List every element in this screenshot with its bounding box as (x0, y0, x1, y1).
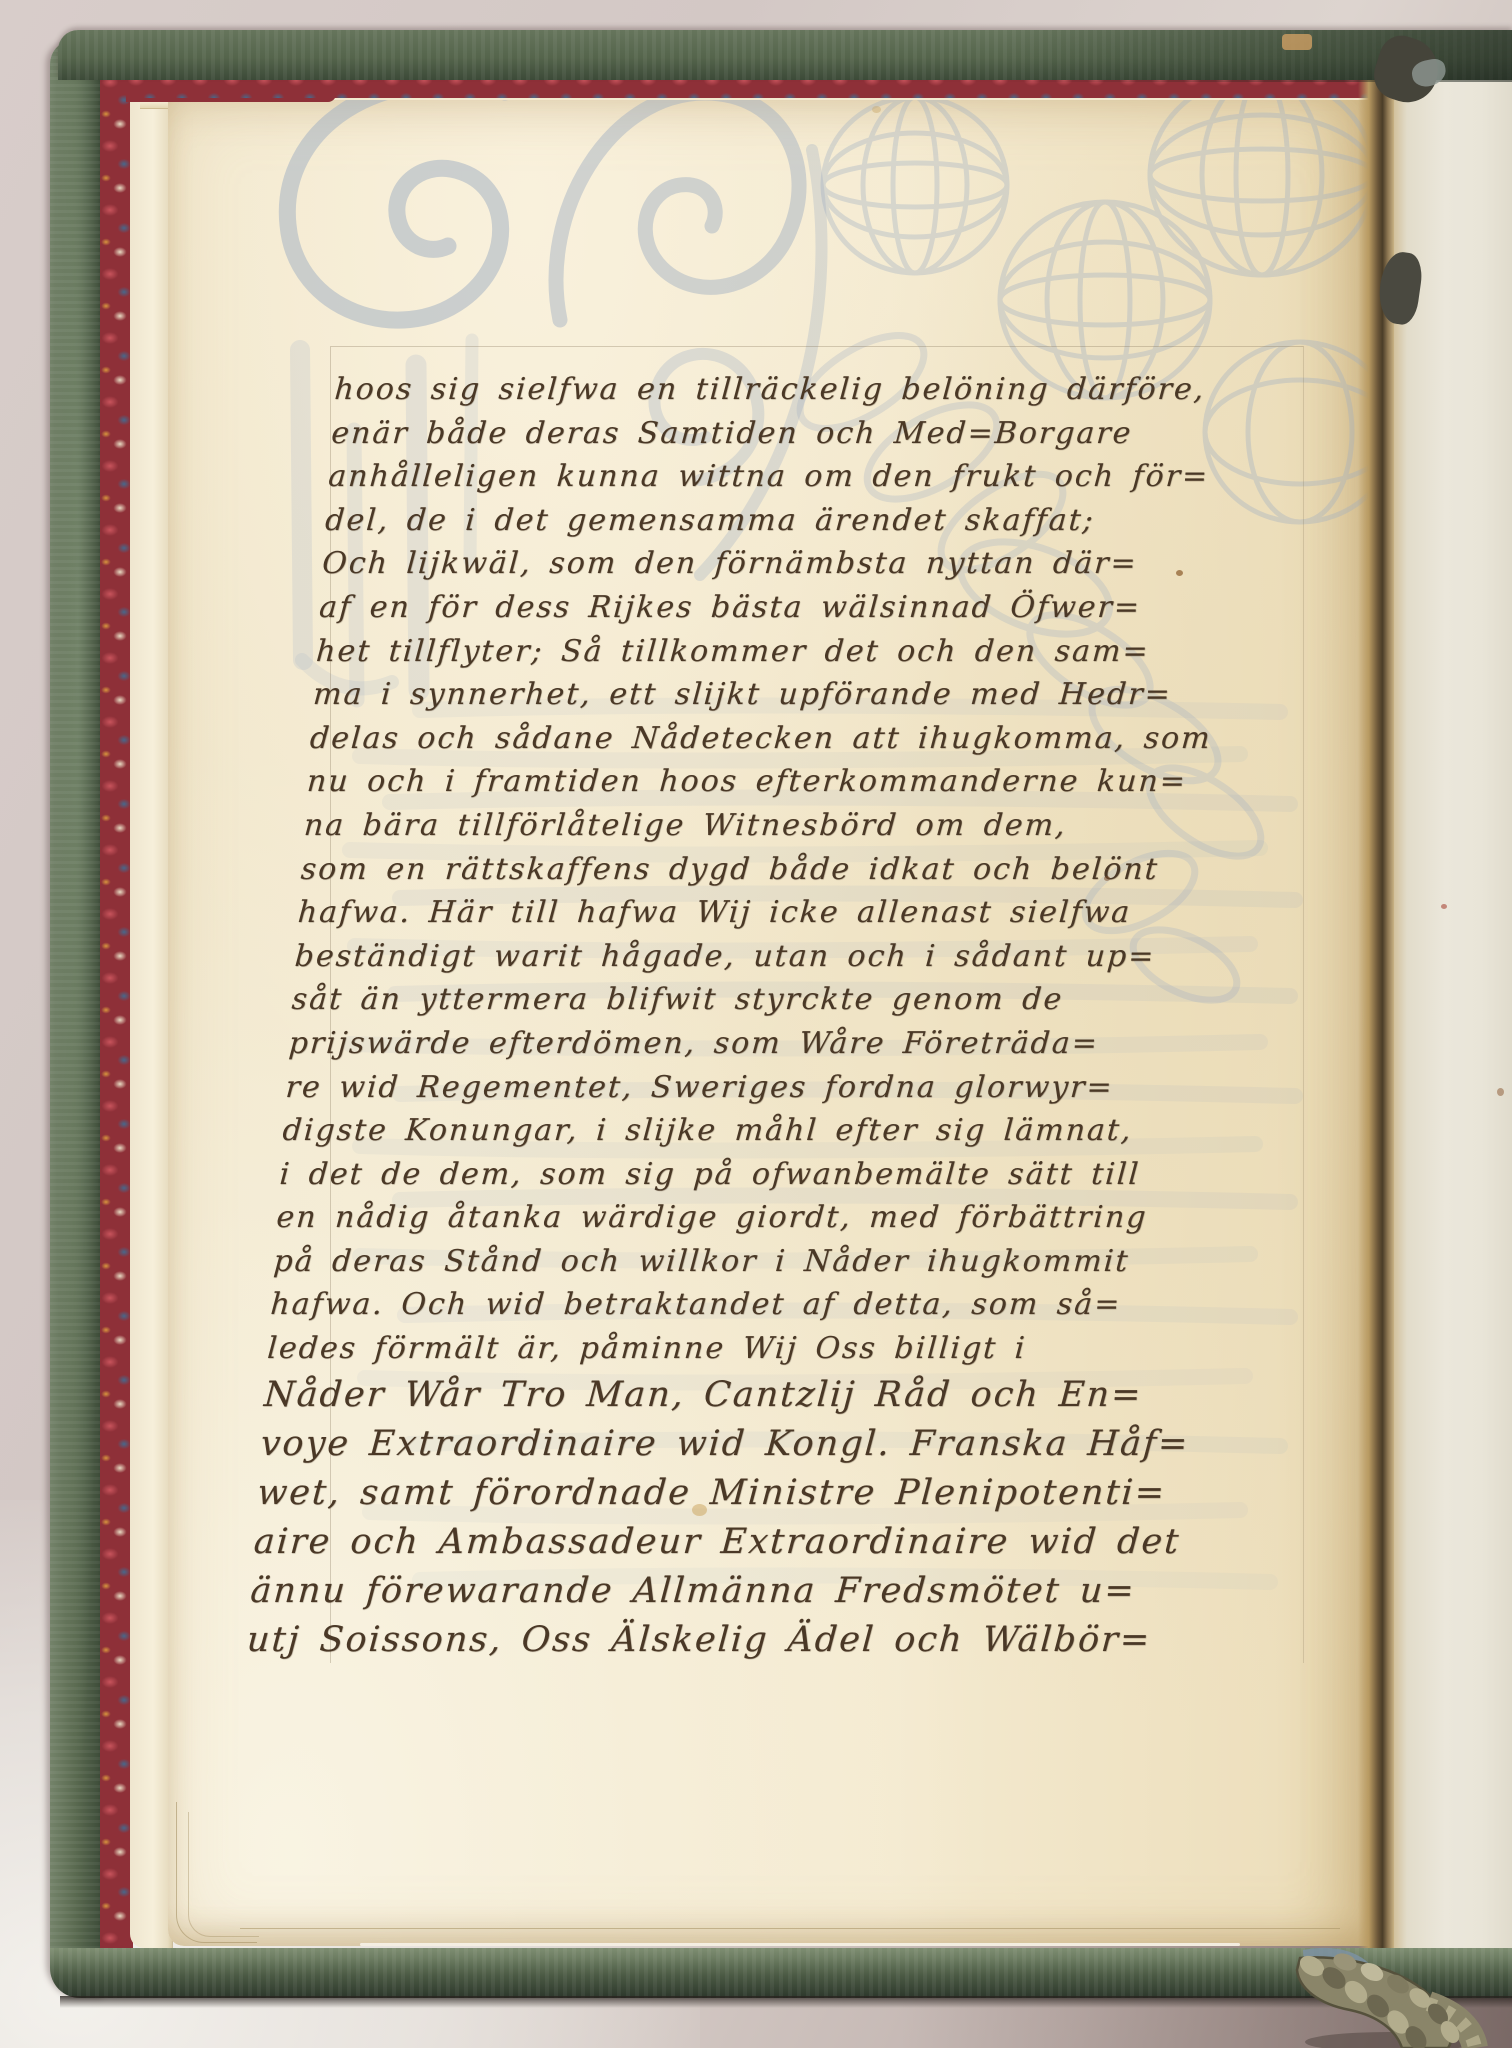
velvet-damage-notch (1282, 34, 1312, 50)
page-corner-curve (188, 1812, 259, 1937)
foxing-spot (1104, 876, 1110, 881)
manuscript-line: ännu förewarande Allmänna Fredsmötet u= (249, 1567, 1217, 1616)
manuscript-line: voye Extraordinaire wid Kongl. Franska H… (259, 1420, 1227, 1469)
foxing-spot (1176, 570, 1183, 576)
foxing-spot (872, 106, 881, 113)
manuscript-line: anhålleligen kunna wittna om den frukt o… (327, 455, 1295, 499)
marbled-paper-edge-left (100, 70, 133, 1950)
page-bottom-highlight (360, 1943, 1240, 1946)
manuscript-line: nu och i framtiden hoos efterkommanderne… (306, 760, 1274, 804)
manuscript-line: enär både deras Samtiden och Med=Borgare (330, 412, 1298, 456)
manuscript-line: ledes förmält är, påminne Wij Oss billig… (266, 1327, 1234, 1371)
manuscript-line: na bära tillförlåtelige Witnesbörd om de… (302, 804, 1270, 848)
manuscript-line: utj Soissons, Oss Älskelig Ädel och Wälb… (245, 1616, 1213, 1665)
manuscript-line: prijswärde efterdömen, som Wåre Företräd… (287, 1022, 1255, 1066)
foxing-spot (692, 1504, 707, 1516)
foxing-spot (1497, 1088, 1504, 1096)
manuscript-line: beständigt warit hågade, utan och i såda… (293, 935, 1261, 979)
manuscript-line: hafwa. Här till hafwa Wij icke allenast … (296, 891, 1264, 935)
book-gutter-fold (1358, 80, 1394, 1948)
manuscript-line: Och lijkwäl, som den förnämbsta nyttan d… (321, 542, 1289, 586)
manuscript-line: delas och sådane Nådetecken att ihugkomm… (309, 717, 1277, 761)
manuscript-line: såt än yttermera blifwit styrckte genom … (290, 978, 1258, 1022)
facing-page-edge (1390, 72, 1512, 1950)
manuscript-line: wet, samt förordnade Ministre Plenipoten… (256, 1469, 1224, 1518)
manuscript-line: på deras Stånd och willkor i Nåder ihugk… (272, 1240, 1240, 1284)
manuscript-line: del, de i det gemensamma ärendet skaffat… (324, 499, 1292, 543)
manuscript-line: Nåder Wår Tro Man, Cantzlij Råd och En= (262, 1371, 1230, 1420)
manuscript-line: en nådig åtanka wärdige giordt, med förb… (275, 1196, 1243, 1240)
manuscript-line: ma i synnerhet, ett slijkt upförande med… (312, 673, 1280, 717)
manuscript-line: i det de dem, som sig på ofwanbemälte sä… (278, 1153, 1246, 1197)
page-stack-line-bottom (240, 1928, 1340, 1929)
binding-cord (1260, 1920, 1512, 2048)
manuscript-line: hafwa. Och wid betraktandet af detta, so… (269, 1283, 1237, 1327)
manuscript-line: re wid Regementet, Sweriges fordna glorw… (284, 1066, 1252, 1110)
manuscript-line: het tillflyter; Så tillkommer det och de… (315, 630, 1283, 674)
manuscript-line: digste Konungar, i slijke måhl efter sig… (281, 1109, 1249, 1153)
manuscript-line: aire och Ambassadeur Extraordinaire wid … (252, 1518, 1220, 1567)
handwritten-text-block: hoos sig sielfwa en tillräckelig belönin… (245, 368, 1301, 1665)
manuscript-line: hoos sig sielfwa en tillräckelig belönin… (333, 368, 1301, 412)
scanned-book-photo: hoos sig sielfwa en tillräckelig belönin… (0, 0, 1512, 2048)
manuscript-line: af en för dess Rijkes bästa wälsinnad Öf… (318, 586, 1286, 630)
foxing-spot (1441, 904, 1447, 909)
page-stack-edge-left (130, 86, 173, 1948)
velvet-cover-edge-left (50, 40, 106, 1998)
manuscript-line: som en rättskaffens dygd både idkat och … (299, 848, 1267, 892)
